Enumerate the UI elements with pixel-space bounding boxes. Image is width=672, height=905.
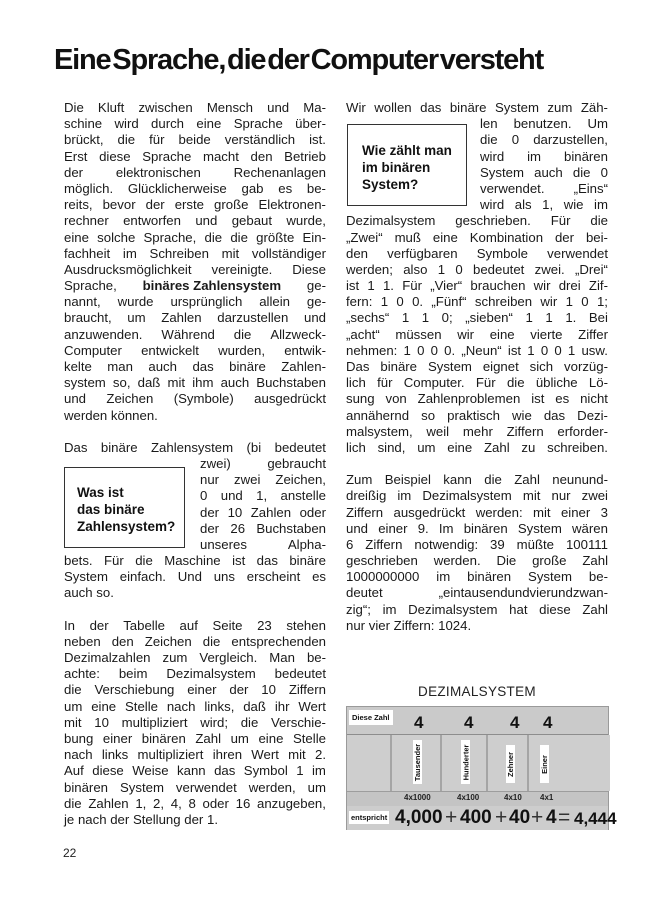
text-line: malsystem,weilmehrZiffernerforder- [346,424,608,440]
text-line: nurzweiZeichen, [200,472,326,488]
sidebox-line: System? [362,176,452,193]
text-line: lichfürComputer.FürdieüblicheLö- [346,375,608,391]
place-cell: Zehner [488,735,529,791]
text-line: Ausdrucksmöglichkeitvereinigte.Diese [64,262,326,278]
multiplier: 4x100 [457,793,479,802]
text-line: Dezimalsystemgeschrieben.Fürdie [346,213,608,229]
diagram-row-digits: Diese Zahl 4 4 4 4 [347,707,608,735]
text-line: DezimalzahlenzumVergleich.Manbe- [64,650,326,666]
paragraph-example-39: ZumBeispielkanndieZahlneunund- dreißigim… [346,472,608,634]
place-thousands: Tausender [413,743,422,780]
place-cell: Einer [529,735,610,791]
text-line: geschriebenwerden.DiegroßeZahl [346,553,608,569]
text-line: verwendet.„Eins“ [480,181,608,197]
plus-sign: + [531,806,543,830]
equals-sign: = [558,806,570,830]
text-line: DieKluftzwischenMenschundMa- [64,100,326,116]
plus-sign: + [445,806,457,830]
text-line: InderTabelleaufSeite23stehen [64,618,326,634]
diagram-title: DEZIMALSYSTEM [346,684,608,699]
text-line: deutet„eintausendundvierundzwan- [346,585,608,601]
sum-term: 400 [460,807,492,829]
text-line: Computerentwickeltwurden,entwik- [64,343,326,359]
multiplier: 4x1000 [404,793,431,802]
multiplier: 4x10 [504,793,522,802]
text-line: werden;also10bedeutetzwei.„Drei“ [346,262,608,278]
text-line: WirwollendasbinäreSystemzumZäh- [346,100,608,116]
text-line: keltemanauchdasbinäreZahlen- [64,359,326,375]
text-line: DasbinäreZahlensystem(bibedeutet [64,440,326,456]
text-line: binärenSystemverwendetwerden,um [64,780,326,796]
left-column: DieKluftzwischenMenschundMa- schinewirdd… [64,100,326,828]
text-line: ErstdieseSprachemachtdenBetrieb [64,149,326,165]
text-line: undZeichen(Symbole)ausgedrückt [64,391,326,407]
multiplier: 4x1 [540,793,553,802]
place-cell: Hunderter [442,735,488,791]
text-line: annäherndsopraktischwiedasDezi- [346,408,608,424]
digit-tens: 4 [510,713,519,733]
paragraph-table-reference: InderTabelleaufSeite23stehen nebendenZei… [64,618,326,828]
text-line: achte:beimDezimalsystembedeutet [64,666,326,682]
text-line: „Zwei“mußeineKombinationderbei- [346,230,608,246]
text-line: Ziffernausgedrücktwerden:miteiner3 [346,505,608,521]
decimal-system-diagram: Diese Zahl 4 4 4 4 Tausender Hunderter Z… [346,706,609,830]
text-line: systemso,daßmitihmauchBuchstaben [64,375,326,391]
text-fragment: Sprache, [64,278,117,294]
text-line: dreißigimDezimalsystemmitnurzwei [346,488,608,504]
text-line: DasbinäreSystemeignetsichvorzüg- [346,359,608,375]
text-line: mit10multipliziertwird;dieVerschie- [64,715,326,731]
text-line: je nach der Stellung der 1. [64,812,326,828]
sidebox-line: das binäre [77,501,175,518]
plus-sign: + [495,806,507,830]
diagram-row-sum: entspricht 4,000 + 400 + 40 + 4 = 4,444 [347,806,608,830]
text-line: ZumBeispielkanndieZahlneunund- [346,472,608,488]
text-line: fern:100.„Fünf“schreibenwir101; [346,294,608,310]
sidebox-how-to-count: Wie zählt man im binären System? [347,124,467,206]
place-ones: Einer [540,755,549,774]
text-line: Systemauchdie0 [480,165,608,181]
sidebox-line: Wie zählt man [362,142,452,159]
text-line: nannt,wurdeursprünglichalleinge- [64,294,326,310]
text-line: nehmen:1000.„Neun“ist1001usw. [346,343,608,359]
text-line: wirdimbinären [480,149,608,165]
text-line: ist11.Für„Vier“brauchenwirdreiZif- [346,278,608,294]
text-line: AufdieseWeisekanndasSymbol1im [64,763,326,779]
text-line: Systemeinfach.Undunserscheintes [64,569,326,585]
diagram-row-multipliers: 4x1000 4x100 4x10 4x1 [347,791,608,807]
text-line: möglich.Glücklicherweisegabesbe- [64,181,326,197]
diagram-row-places: Tausender Hunderter Zehner Einer [347,735,608,791]
text-line: zwei)gebraucht [200,456,326,472]
place-cell: Tausender [392,735,442,791]
digit-hundreds: 4 [464,713,473,733]
text-line: 1000000000imbinärenSystembe- [346,569,608,585]
sidebox-line: im binären [362,159,452,176]
sum-term: 4,000 [395,807,443,829]
text-line: umeineStellenachlinks,daßihrWert [64,699,326,715]
text-line: unseresAlpha- [200,537,326,553]
text-line: undeiner9.ImbinärenSystemwären [346,521,608,537]
sidebox-line: Zahlensystem? [77,518,175,535]
digit-thousands: 4 [414,713,423,733]
label-corresponds: entspricht [349,811,389,824]
place-tens: Zehner [506,751,515,776]
label-this-number: Diese Zahl [349,710,393,725]
text-line: rechnerentworfenundgebautwurde, [64,213,326,229]
text-line: dieVerschiebungeinerder10Ziffern [64,682,326,698]
text-line: dieZahlen1,2,4,8oder16anzugeben, [64,796,326,812]
text-line: die0darzustellen, [480,132,608,148]
text-line: wirdals1,wieim [480,197,608,213]
text-line-with-term: Sprache, binäres Zahlensystem ge- [64,278,326,294]
text-line: sungvonZahlenproblemenistesnicht [346,391,608,407]
text-line: bets.FürdieMaschineistdasbinäre [64,553,326,569]
text-line: anzuwenden.WährenddieAllzweck- [64,327,326,343]
text-line: lichsind,umeineZahlzuschreiben. [346,440,608,456]
text-line: lenbenutzen.Um [480,116,608,132]
text-line: werden können. [64,408,326,424]
text-line: nachlinksmultipliziertihrenWertmit2. [64,747,326,763]
text-line: der10Zahlenoder [200,505,326,521]
text-line: reits,bevordererstegroßeElektronen- [64,197,326,213]
text-fragment: ge- [307,278,326,294]
text-line: derelektronischenRechenanlagen [64,165,326,181]
page-title: Eine Sprache, die der Computer versteht [54,44,618,77]
sum-result: 4,444 [574,809,617,829]
text-line: der26Buchstaben [200,521,326,537]
text-line: auch so. [64,585,326,601]
paragraph-intro: DieKluftzwischenMenschundMa- schinewirdd… [64,100,326,424]
sum-term: 4 [546,807,557,829]
text-line: 6Ziffernnotwendig:39müßte100111 [346,537,608,553]
place-hundreds: Hunderter [461,744,470,780]
sidebox-what-is-binary: Was ist das binäre Zahlensystem? [64,467,185,548]
page-number: 22 [63,846,76,860]
sum-term: 40 [509,807,530,829]
text-line: 0und1,anstelle [200,488,326,504]
text-line: bungeinerbinärenZahlumeineStelle [64,731,326,747]
text-line: brückt,diefürbeideverständlichist. [64,132,326,148]
text-line: schinewirddurcheineSpracheüber- [64,116,326,132]
text-line: „acht“müssenwireinevierteZiffer [346,327,608,343]
text-line: „sechs“110;„sieben“111.Bei [346,310,608,326]
text-line: zig“;imDezimalsystemhatdieseZahl [346,602,608,618]
text-line: denverfügbarenSymboleverwendet [346,246,608,262]
text-line: fachheitimSchreibenmitvollständiger [64,246,326,262]
text-line: nebendenZeichendieentsprechenden [64,634,326,650]
digit-ones: 4 [543,713,552,733]
sidebox-line: Was ist [77,484,175,501]
text-line: braucht,umZahlendarzustellenund [64,310,326,326]
key-term-binary-number-system: binäres Zahlensystem [143,278,282,294]
text-line: einesolcheSprache,diediegrößteEin- [64,230,326,246]
text-line: nur vier Ziffern: 1024. [346,618,608,634]
